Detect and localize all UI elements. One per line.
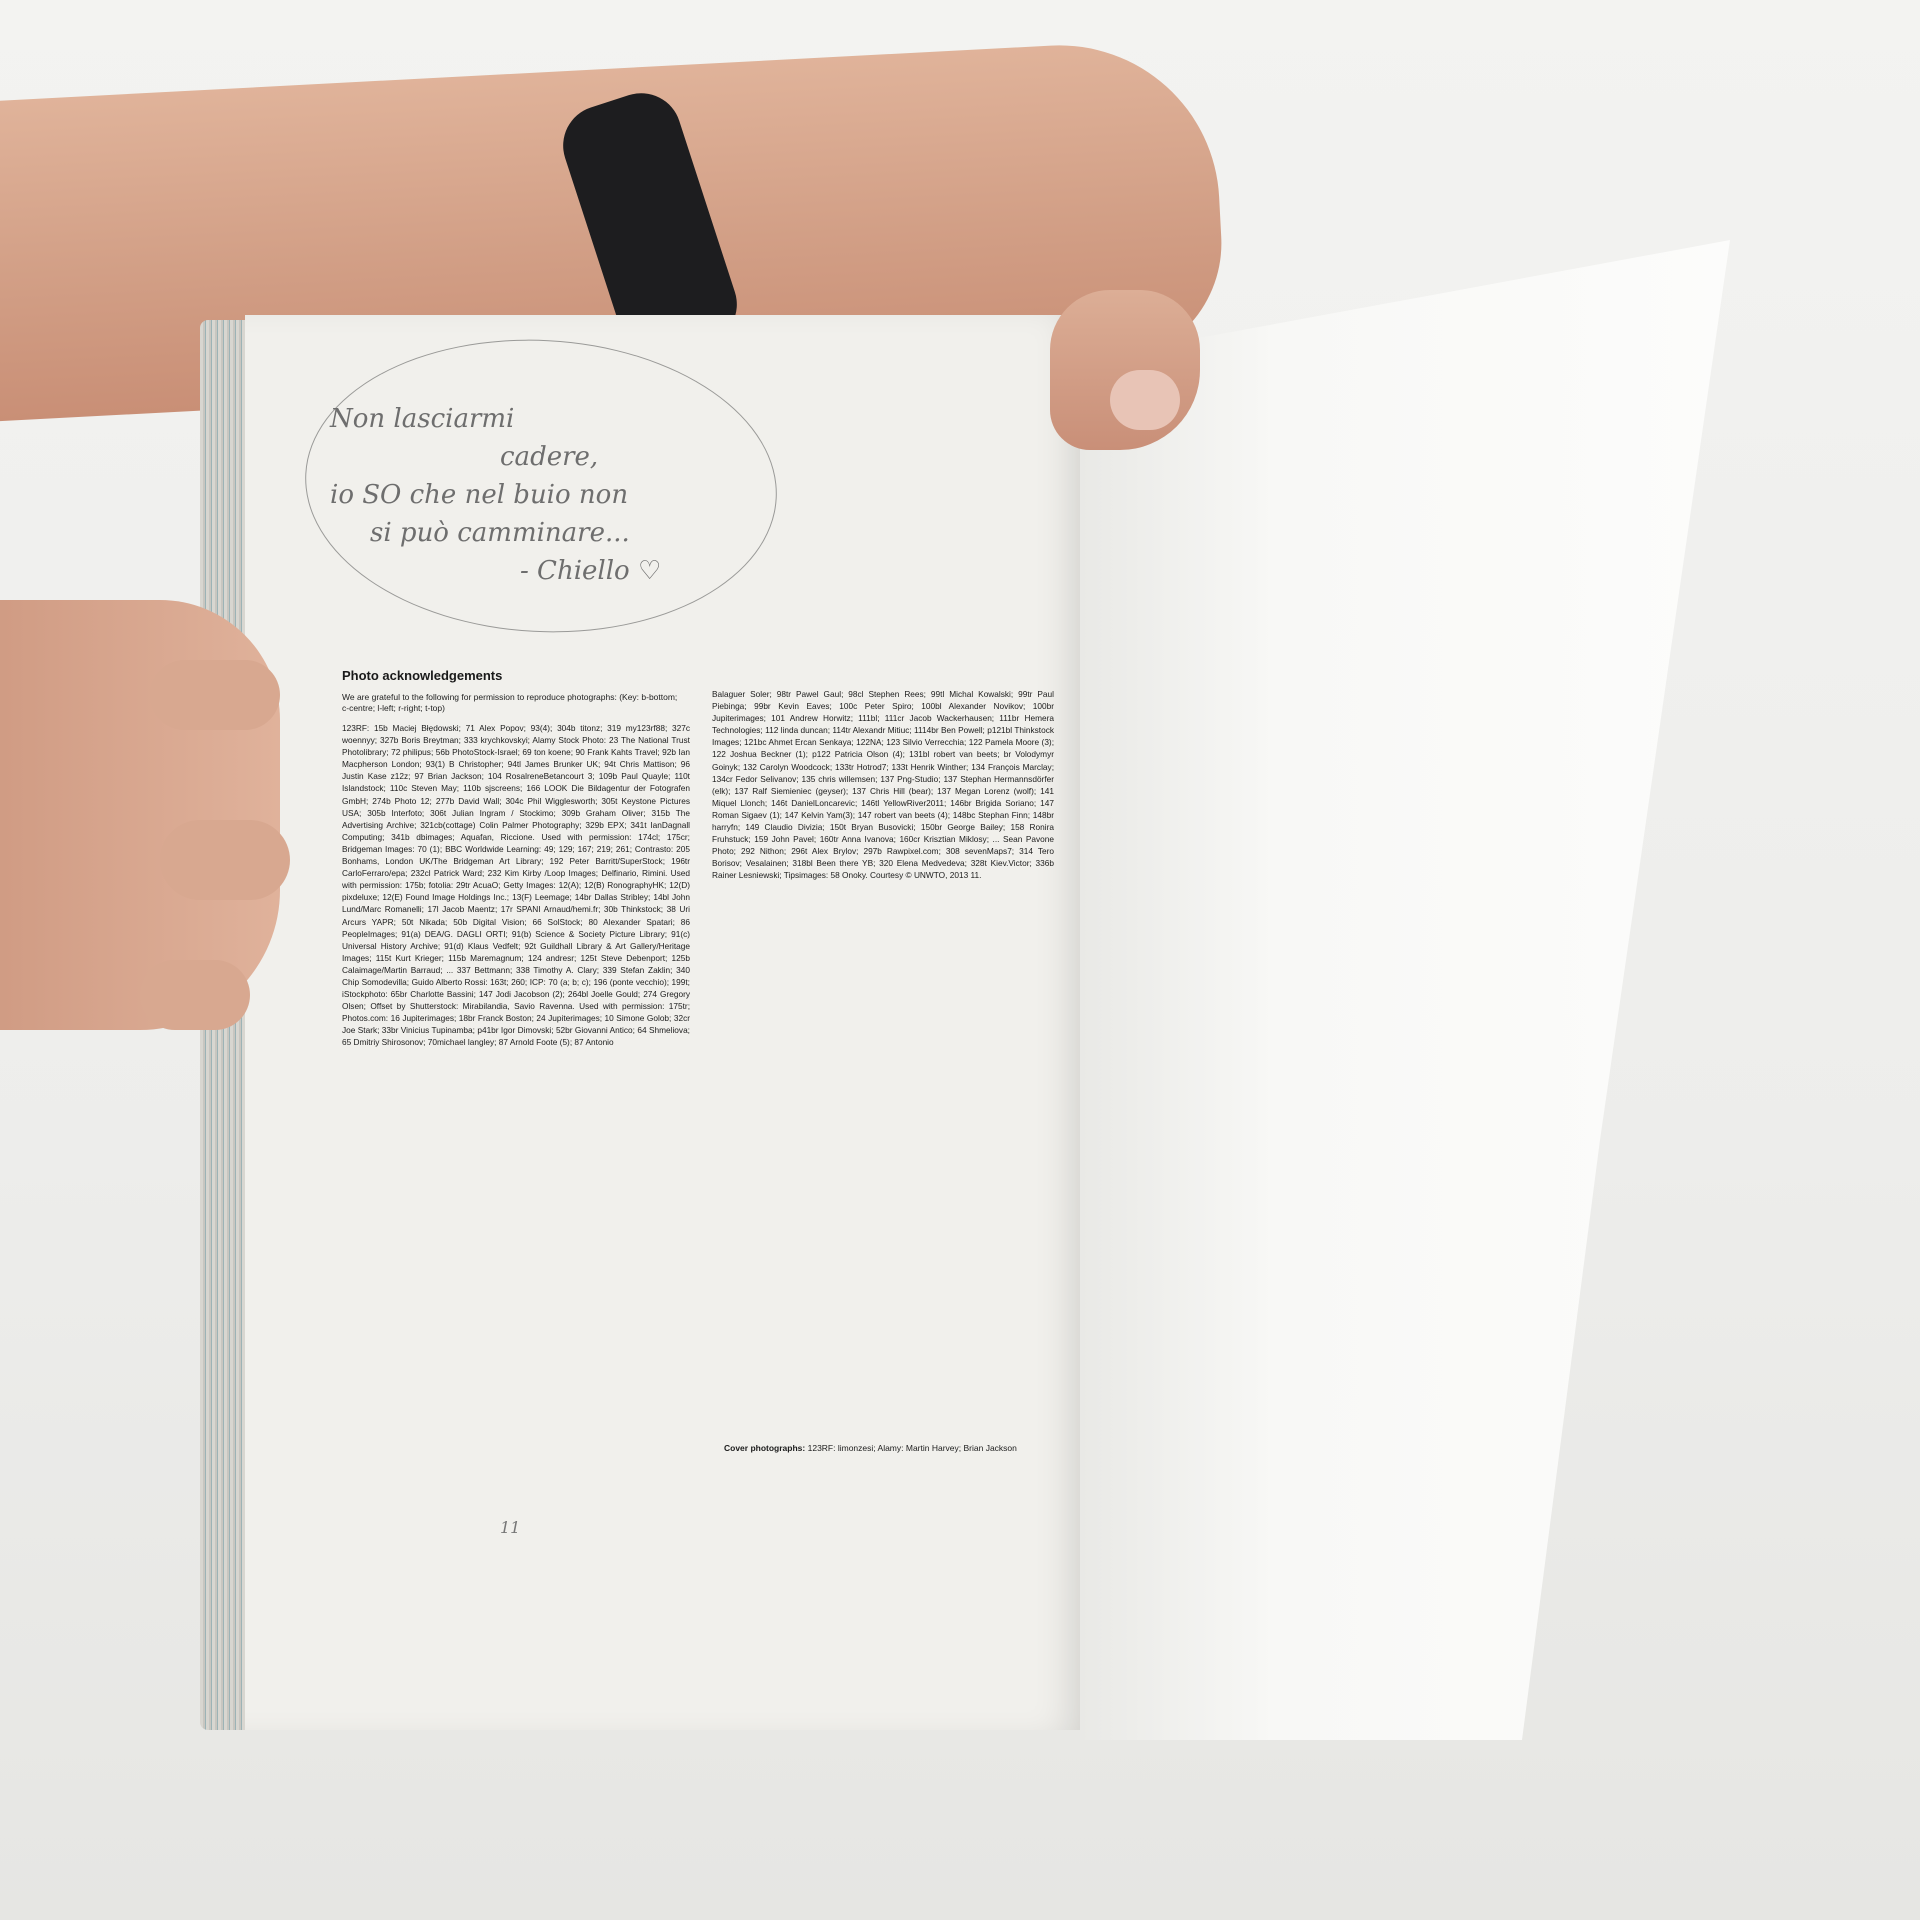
note-line-2: cadere, (330, 438, 760, 476)
pencil-page-mark: 11 (500, 1518, 520, 1537)
note-signature: - Chiello ♡ (330, 552, 760, 590)
note-line-1: Non lasciarmi (330, 400, 760, 438)
right-page-turning[interactable] (1080, 240, 1730, 1740)
cover-text: 123RF: limonzesi; Alamy: Martin Harvey; … (808, 1443, 1017, 1453)
cover-photographs: Cover photographs: 123RF: limonzesi; Ala… (724, 1443, 1017, 1453)
note-line-3: io SO che nel buio non (330, 476, 760, 514)
page-heading: Photo acknowledgements (342, 668, 502, 683)
left-finger-1 (150, 660, 280, 730)
left-finger-3 (140, 960, 250, 1030)
intro-text: We are grateful to the following for per… (342, 692, 682, 714)
note-line-4: si può camminare... (330, 514, 760, 552)
left-finger-2 (160, 820, 290, 900)
handwritten-note: Non lasciarmi cadere, io SO che nel buio… (330, 400, 760, 590)
right-column-credits: Balaguer Soler; 98tr Pawel Gaul; 98cl St… (712, 688, 1054, 1408)
thumbnail (1110, 370, 1180, 430)
left-column-credits: 123RF: 15b Maciej Błędowski; 71 Alex Pop… (342, 722, 690, 1482)
cover-label: Cover photographs: (724, 1443, 805, 1453)
